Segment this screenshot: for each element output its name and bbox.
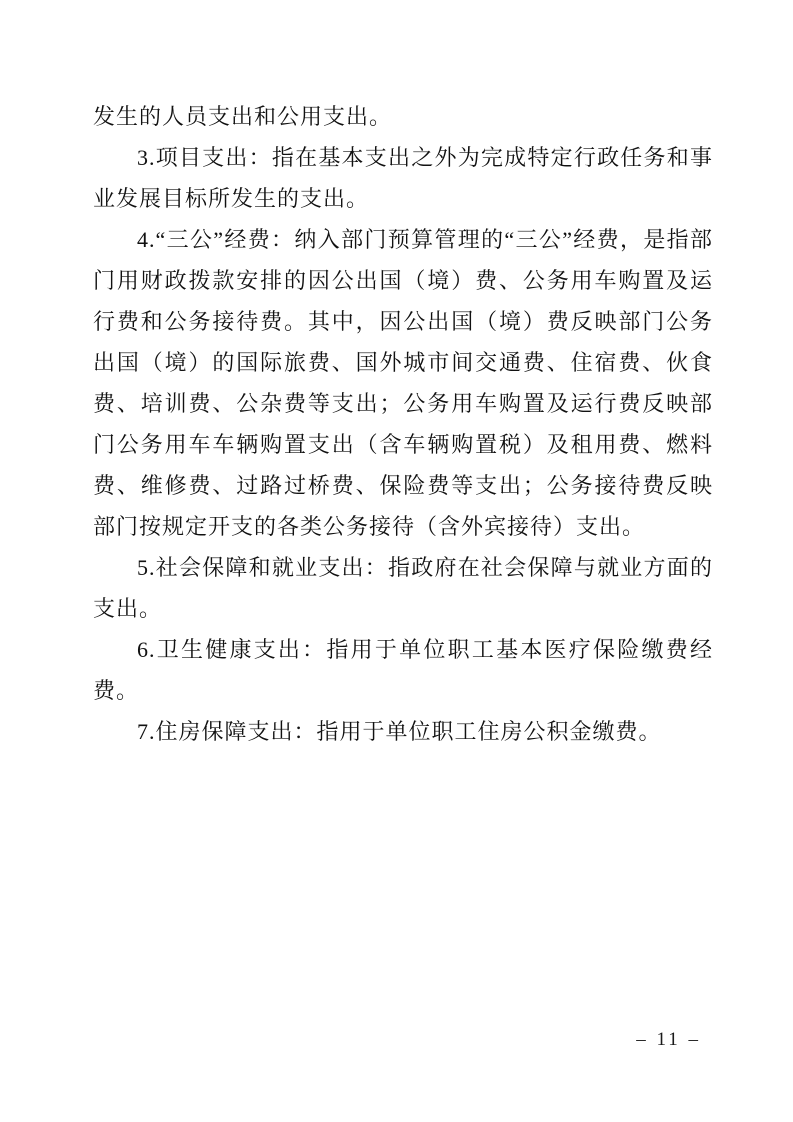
paragraph-item-6-health: 6.卫生健康支出：指用于单位职工基本医疗保险缴费经费。 [93, 629, 713, 711]
document-page: 发生的人员支出和公用支出。 3.项目支出：指在基本支出之外为完成特定行政任务和事… [0, 0, 793, 1122]
document-body: 发生的人员支出和公用支出。 3.项目支出：指在基本支出之外为完成特定行政任务和事… [93, 96, 713, 752]
paragraph-item-5-social-security: 5.社会保障和就业支出：指政府在社会保障与就业方面的支出。 [93, 547, 713, 629]
page-number: – 11 – [636, 1028, 701, 1052]
paragraph-continuation: 发生的人员支出和公用支出。 [93, 96, 713, 137]
paragraph-item-3-project-expenditure: 3.项目支出：指在基本支出之外为完成特定行政任务和事业发展目标所发生的支出。 [93, 137, 713, 219]
paragraph-item-4-three-public-funds: 4.“三公”经费：纳入部门预算管理的“三公”经费，是指部门用财政拨款安排的因公出… [93, 219, 713, 547]
paragraph-item-7-housing: 7.住房保障支出：指用于单位职工住房公积金缴费。 [93, 711, 713, 752]
